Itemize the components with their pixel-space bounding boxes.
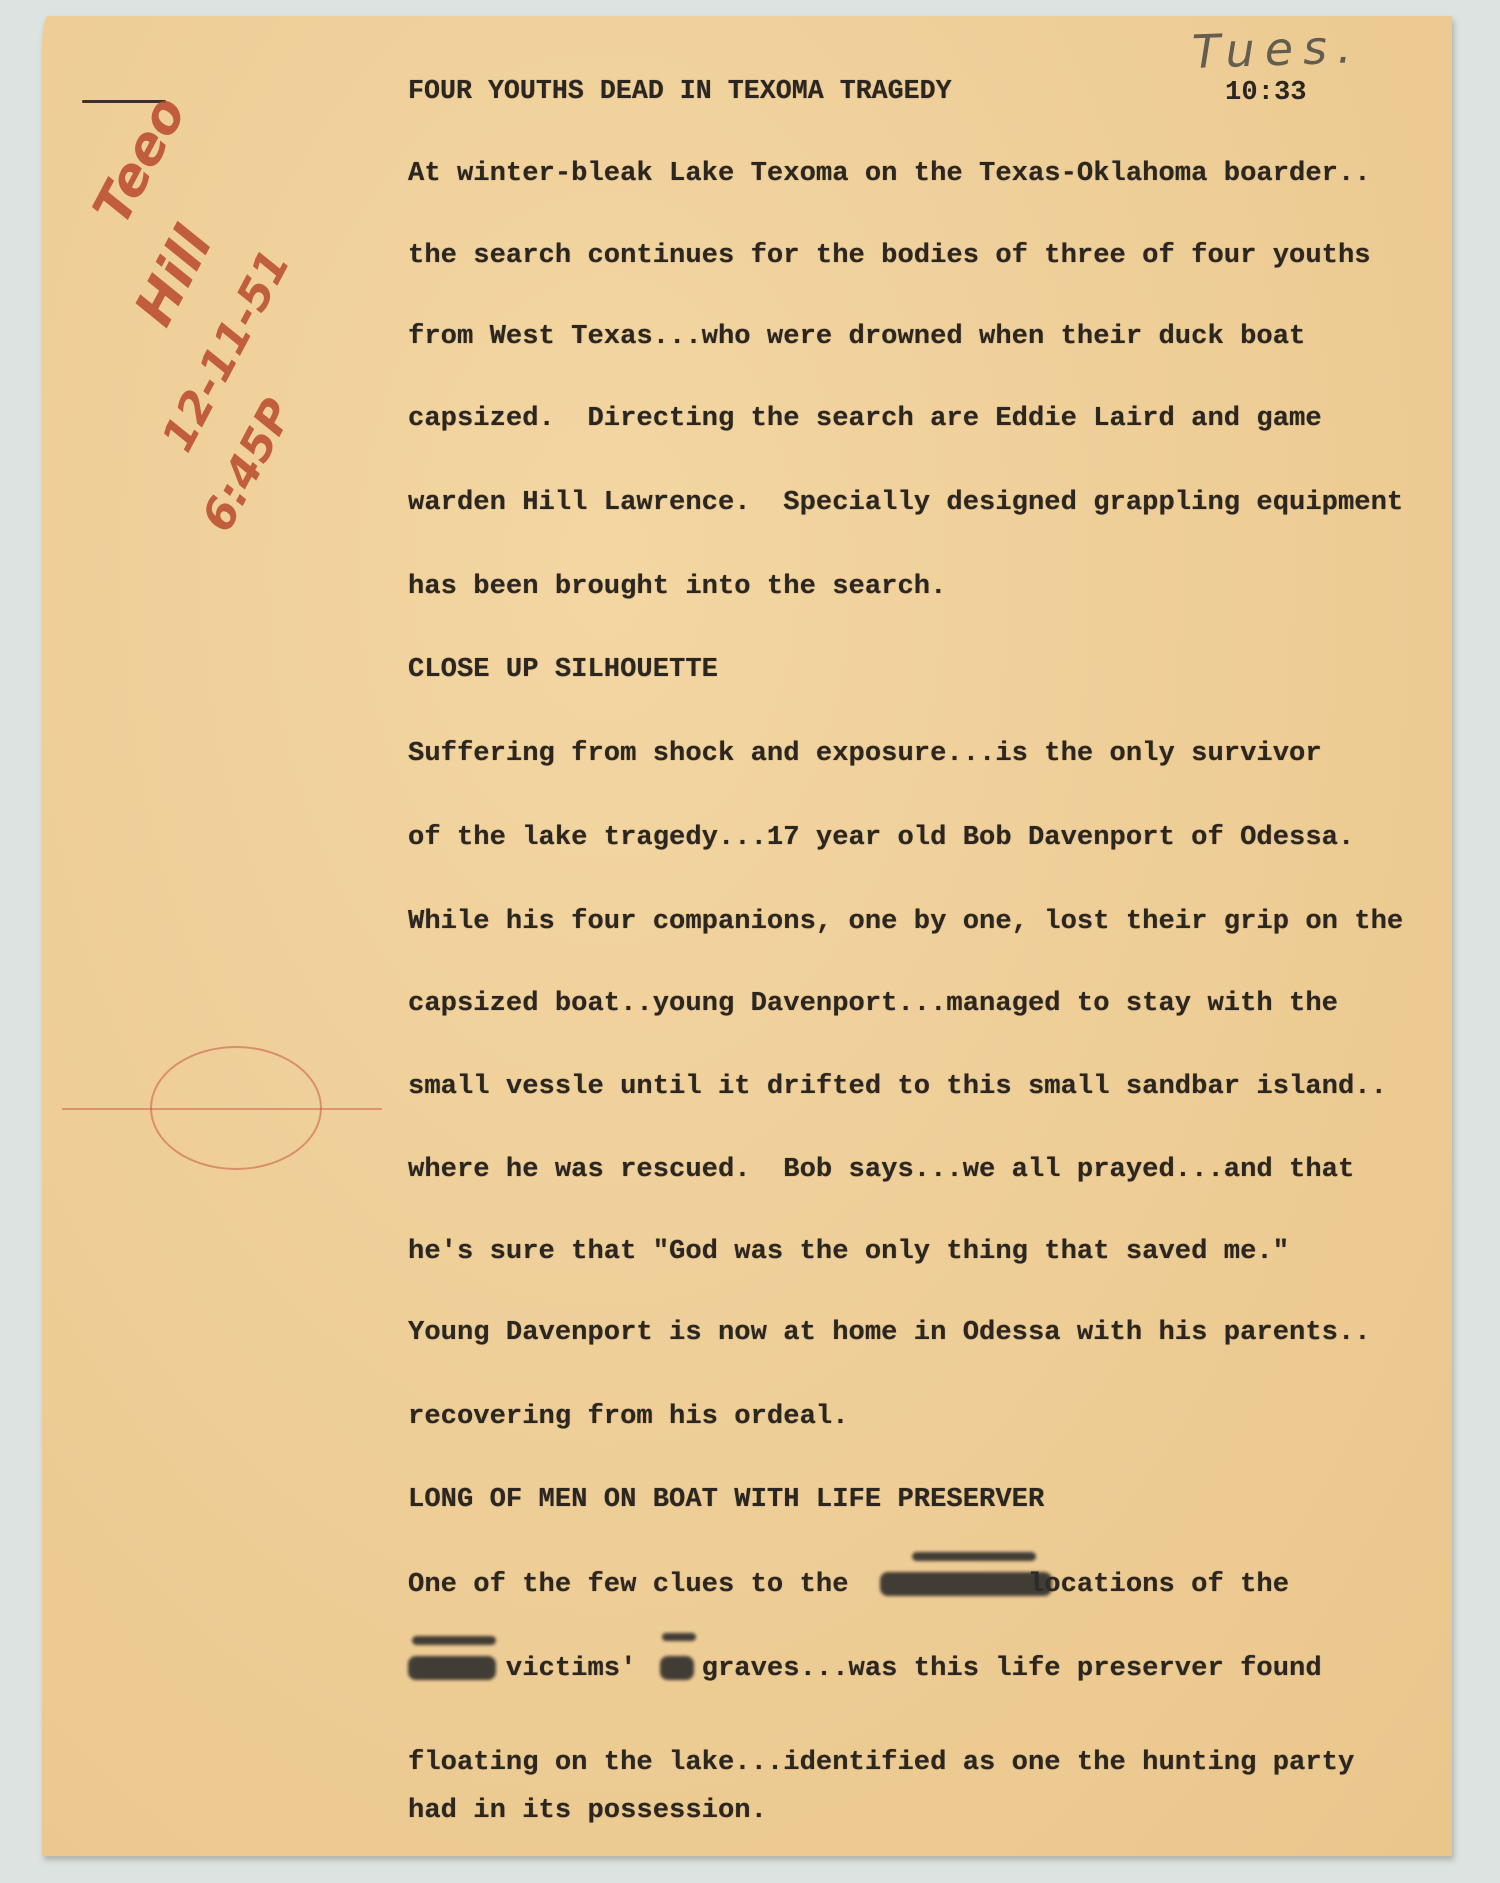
body-line: recovering from his ordeal. [408,1400,849,1434]
body-line: the search continues for the bodies of t… [408,239,1371,273]
body-line: While his four companions, one by one, l… [408,905,1403,939]
redaction-overline [662,1633,696,1641]
script-time: 10:33 [1225,76,1307,110]
red-line-mark [62,1108,382,1110]
red-margin-note-name: Teeo [82,87,198,234]
body-line: small vessle until it drifted to this sm… [408,1070,1387,1104]
body-line: Suffering from shock and exposure...is t… [408,737,1322,771]
body-line: One of the few clues to the locations of… [408,1568,1289,1602]
shot-direction-long: LONG OF MEN ON BOAT WITH LIFE PRESERVER [408,1483,1044,1517]
body-line: has been brought into the search. [408,570,946,604]
body-line: victims' graves...was this life preserve… [408,1652,1322,1686]
story-slug-title: FOUR YOUTHS DEAD IN TEXOMA TRAGEDY [408,75,952,109]
body-line: Young Davenport is now at home in Odessa… [408,1316,1371,1350]
body-line: had in its possession. [408,1794,767,1828]
redaction-overline [912,1552,1036,1561]
body-line: capsized boat..young Davenport...managed… [408,987,1338,1021]
body-line: where he was rescued. Bob says...we all … [408,1153,1354,1187]
body-line: he's sure that "God was the only thing t… [408,1235,1289,1269]
redaction-block [408,1656,496,1680]
handwritten-day-note: Tues. [1191,19,1362,79]
redaction-block [660,1656,694,1680]
body-line: warden Hill Lawrence. Specially designed… [408,486,1403,520]
typewritten-news-script-page: Tues. 10:33 FOUR YOUTHS DEAD IN TEXOMA T… [42,16,1452,1856]
body-line: floating on the lake...identified as one… [408,1746,1354,1780]
body-line: from West Texas...who were drowned when … [408,320,1305,354]
shot-direction-close-up: CLOSE UP SILHOUETTE [408,653,718,687]
body-line: capsized. Directing the search are Eddie… [408,402,1322,436]
body-line: At winter-bleak Lake Texoma on the Texas… [408,157,1371,191]
body-line: of the lake tragedy...17 year old Bob Da… [408,821,1354,855]
redaction-overline [412,1636,496,1645]
red-margin-note-hill: Hill [122,217,225,336]
redaction-block [880,1572,1052,1596]
